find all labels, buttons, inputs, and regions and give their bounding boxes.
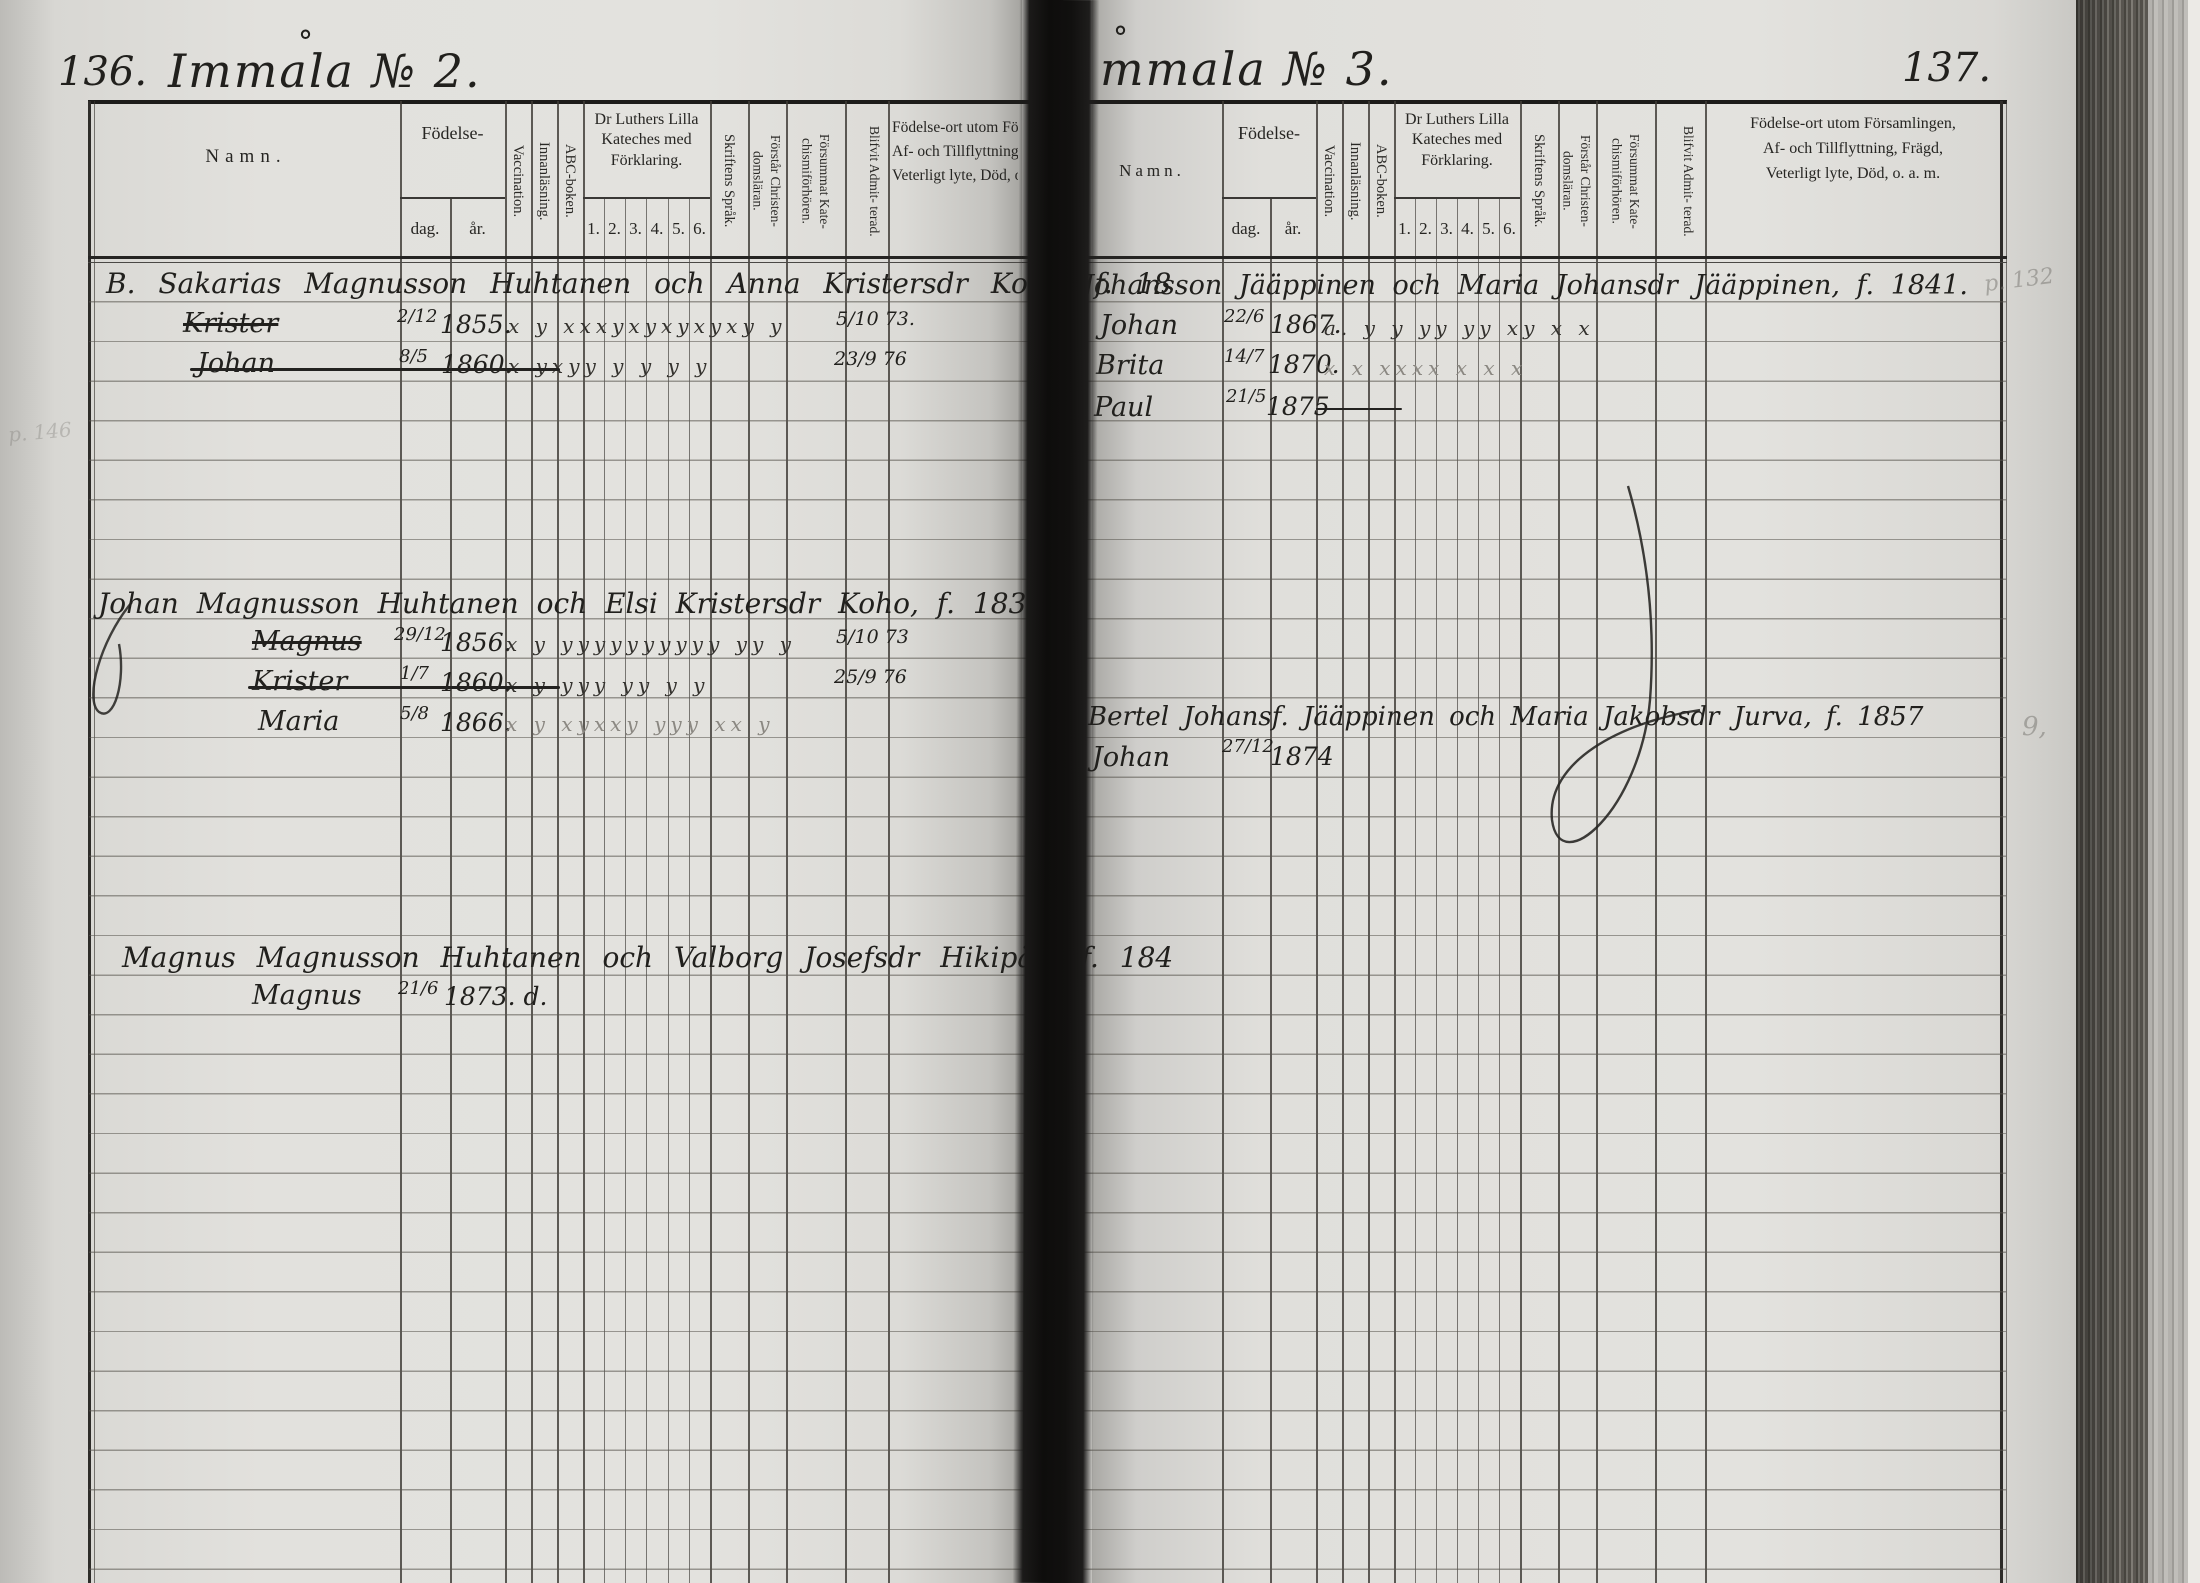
- book-edge-white-strip: [2188, 0, 2200, 1583]
- scanned-parish-register-spread: 136. Immala № 2. ° Namn. Födelse- dag. å…: [0, 0, 2200, 1583]
- pencil-margin-note: 9,: [2022, 712, 2047, 742]
- book-edge-light-band: [2148, 0, 2188, 1583]
- pen-flourish: [0, 0, 2200, 1583]
- book-binding: [1013, 0, 1100, 1583]
